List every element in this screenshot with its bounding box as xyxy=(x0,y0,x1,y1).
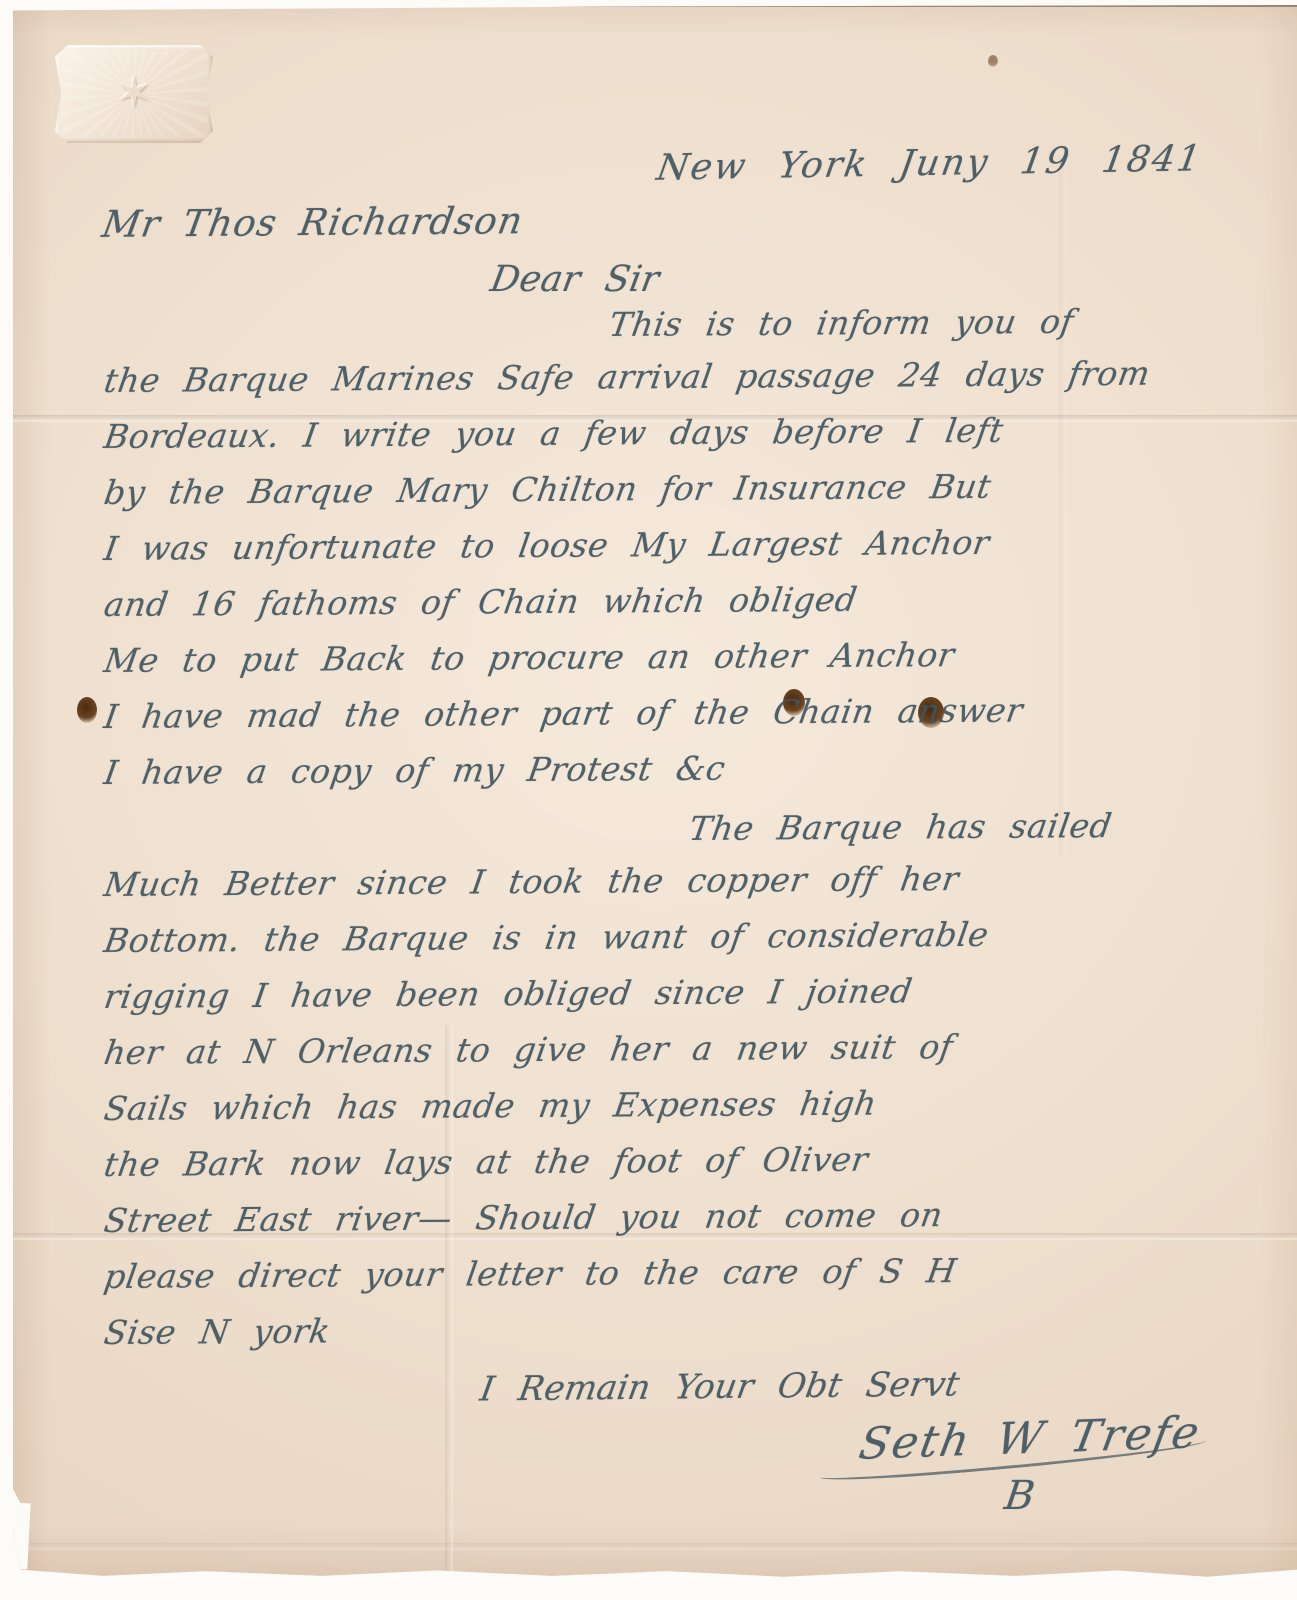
torn-edge-notch xyxy=(11,1503,30,1570)
body-line: please direct your letter to the care of… xyxy=(99,1249,1277,1313)
fold-crease-horizontal xyxy=(13,1543,1297,1550)
body-line: I have mad the other part of the Chain a… xyxy=(99,689,1277,753)
body-line: The Barque has sailed xyxy=(684,805,1276,865)
body-line: I was unfortunate to loose My Largest An… xyxy=(99,521,1277,585)
body-line: Much Better since I took the copper off … xyxy=(99,857,1277,921)
seal-rays xyxy=(61,51,207,137)
body-line: rigging I have been obliged since I join… xyxy=(99,969,1277,1033)
body-line: Me to put Back to procure an other Ancho… xyxy=(99,633,1277,697)
body-line: her at N Orleans to give her a new suit … xyxy=(99,1025,1277,1089)
salutation: Dear Sir xyxy=(487,259,662,300)
body-line: This is to inform you of xyxy=(604,300,1276,361)
dateline: New York Juny 19 1841 xyxy=(654,138,1205,188)
body-line: Bottom. the Barque is in want of conside… xyxy=(99,913,1277,977)
body-line: and 16 fathoms of Chain which obliged xyxy=(99,577,1277,641)
letter-paper: ✶ New York Juny 19 1841 Mr Thos Richards… xyxy=(13,5,1297,1587)
body-line: Sails which has made my Expenses high xyxy=(99,1081,1277,1145)
body-line: the Barque Marines Safe arrival passage … xyxy=(99,353,1277,417)
foxing-spot xyxy=(988,55,998,67)
signature: Seth W Trefe xyxy=(855,1407,1205,1470)
body-line: Sise N york xyxy=(99,1305,1277,1369)
body-line: the Bark now lays at the foot of Oliver xyxy=(99,1137,1277,1201)
body-line: by the Barque Mary Chilton for Insurance… xyxy=(99,465,1277,529)
letter-photo: ✶ New York Juny 19 1841 Mr Thos Richards… xyxy=(0,0,1297,1600)
foxing-spot xyxy=(77,697,97,723)
body-line: Bordeaux. I write you a few days before … xyxy=(99,409,1277,473)
addressee-line: Mr Thos Richardson xyxy=(99,199,526,246)
embossed-seal: ✶ xyxy=(55,45,213,143)
signature-initial: B xyxy=(1002,1473,1038,1519)
closing-line: I Remain Your Obt Servt xyxy=(477,1365,962,1410)
body-line: Street East river— Should you not come o… xyxy=(99,1193,1277,1257)
letter-body: This is to inform you of the Barque Mari… xyxy=(99,305,1267,1369)
body-line: I have a copy of my Protest &c xyxy=(99,745,1277,809)
